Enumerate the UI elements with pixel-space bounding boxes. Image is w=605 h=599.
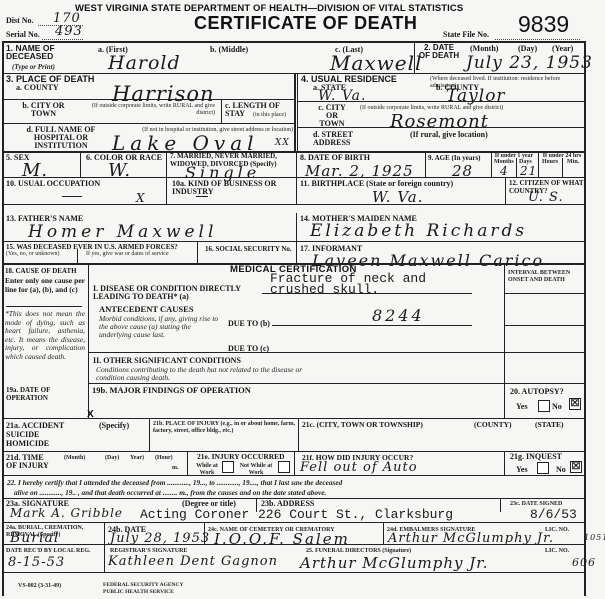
part-1-label: I. DISEASE OR CONDITION DIRECTLY LEADING…: [93, 285, 263, 301]
place-of-death-label: 3. PLACE OF DEATH: [6, 75, 94, 83]
operation-findings-label: 19b. MAJOR FINDINGS OF OPERATION: [92, 386, 251, 394]
months-value: 4: [500, 164, 509, 178]
autopsy-no-checkbox[interactable]: ☒: [569, 398, 581, 410]
rule: [2, 475, 585, 476]
autopsy-label: 20. AUTOPSY?: [510, 388, 564, 396]
armed-forces-note-1: (Yes, no, or unknown): [6, 251, 60, 258]
rule: [2, 204, 585, 205]
state-file-line: [495, 39, 580, 40]
rule: [414, 41, 415, 73]
rule: [296, 177, 297, 204]
rule: [504, 451, 505, 475]
inquest-no-label: No: [556, 466, 566, 474]
director-lic-value: 606: [572, 556, 596, 569]
embalmer-lic-value: 1051: [584, 533, 605, 542]
length-of-stay-note: (in this place): [253, 112, 286, 119]
inquest-yes-label: Yes: [516, 466, 528, 474]
minutes-label: Min.: [567, 159, 579, 166]
while-at-work-checkbox[interactable]: [222, 461, 234, 473]
director-lic-label: LIC. NO.: [545, 548, 569, 555]
rule: [197, 241, 198, 263]
last-name-value: Maxwell: [330, 51, 422, 75]
form-number: VS-002 (3-31-49): [18, 583, 61, 590]
injury-m-label: m.: [172, 465, 179, 472]
autopsy-no-label: No: [552, 403, 562, 411]
injury-specify-label: (Specify): [99, 422, 129, 430]
injury-hour-label: (Hour): [155, 455, 173, 462]
business-dash: [196, 196, 208, 197]
date-received-value: 8-15-53: [8, 555, 65, 570]
birthplace-label: 11. BIRTHPLACE (State or foreign country…: [300, 180, 453, 188]
registrar-value: Kathleen Dent Gagnon: [108, 554, 278, 569]
rule: [272, 325, 472, 326]
inquest-yes-checkbox[interactable]: [537, 462, 549, 474]
due-to-b-label: DUE TO (b): [228, 320, 270, 328]
first-name-value: Harold: [108, 52, 181, 74]
rule: [2, 544, 585, 545]
hours-label: Hours: [542, 159, 558, 166]
rule: [2, 241, 585, 242]
middle-name-label: b. (Middle): [210, 46, 248, 54]
cause-instructions: Enter only one cause per line for (a), (…: [5, 276, 85, 294]
address-value: 226 Court St., Clarksburg: [258, 507, 453, 522]
rule: [505, 177, 506, 204]
injury-time-label: 21d. TIME OF INJURY: [6, 454, 54, 470]
pod-city-label: b. CITY OR TOWN: [16, 102, 71, 118]
injury-place-label: 21b. PLACE OF INJURY (e.g., in or about …: [153, 421, 298, 434]
rule: [297, 127, 585, 128]
injury-city-label: 21c. (CITY, TOWN OR TOWNSHIP): [302, 421, 423, 429]
name-label: 1. NAME OF DECEASED: [6, 44, 70, 60]
injury-day-label: (Day): [105, 455, 119, 462]
signature-value: Mark A. Gribble: [10, 506, 123, 520]
rule: [2, 123, 295, 124]
rule: [2, 99, 295, 100]
rule: [297, 101, 585, 102]
injury-state-label: (STATE): [535, 421, 563, 429]
pod-city-note: (If outside corporate limits, write RURA…: [75, 103, 215, 116]
certification-line-1: 22. I hereby certify that I attended the…: [7, 479, 342, 487]
mother-value: Elizabeth Richards: [310, 221, 527, 241]
rule: [296, 213, 297, 263]
rule: [104, 522, 105, 572]
injury-occurred-label: 21e. INJURY OCCURRED: [197, 453, 285, 461]
inquest-label: 21g. INQUEST: [510, 453, 562, 461]
business-label: 10a. KIND OF BUSINESS OR INDUSTRY: [172, 180, 292, 196]
hospital-label: d. FULL NAME OF HOSPITAL OR INSTITUTION: [16, 126, 106, 150]
dod-year-label: (Year): [552, 45, 573, 53]
state-file-no: 9839: [518, 11, 569, 38]
rule: [562, 158, 563, 177]
dod-day-label: (Day): [518, 45, 537, 53]
injury-type-label: 21a. ACCIDENT SUICIDE HOMICIDE: [6, 421, 68, 448]
armed-forces-label: 15. WAS DECEASED EVER IN U.S. ARMED FORC…: [6, 243, 178, 251]
rule: [298, 418, 299, 451]
ssn-label: 16. SOCIAL SECURITY No.: [205, 245, 293, 253]
degree-value: Acting Coroner: [140, 507, 249, 522]
rule: [425, 151, 426, 177]
inquest-no-checkbox[interactable]: ☒: [570, 461, 582, 473]
rule: [204, 522, 205, 544]
rule: [88, 263, 89, 418]
rule: [262, 293, 472, 294]
injury-type-mark: X: [87, 409, 94, 420]
date-of-death-label: 2. DATE OF DEATH: [418, 44, 460, 60]
not-while-at-work-checkbox[interactable]: [278, 461, 290, 473]
rule: [504, 263, 505, 383]
funeral-director-value: Arthur McGlumphy Jr.: [300, 554, 489, 572]
hospital-mark: XX: [275, 138, 290, 148]
autopsy-yes-label: Yes: [516, 403, 528, 411]
footer-agency-1: FEDERAL SECURITY AGENCY: [103, 582, 183, 589]
injury-month-label: (Month): [64, 455, 85, 462]
rule: [6, 306, 82, 307]
rule: [296, 151, 297, 177]
days-value: 21: [520, 164, 537, 178]
rule: [2, 522, 585, 523]
father-value: Homer Maxwell: [28, 222, 217, 242]
res-city-value: Rosemont: [390, 111, 489, 132]
dod-month-label: (Month): [470, 45, 498, 53]
injury-county-label: (COUNTY): [474, 421, 512, 429]
death-certificate: WEST VIRGINIA STATE DEPARTMENT OF HEALTH…: [0, 0, 605, 599]
armed-forces-note-2: If yes, give war or dates of service: [86, 251, 169, 258]
autopsy-yes-checkbox[interactable]: [538, 400, 550, 412]
rule: [294, 451, 295, 475]
rule: [504, 383, 505, 418]
occupation-value: X: [136, 191, 146, 205]
serial-no-value: 493: [55, 24, 83, 39]
part-2-note: Conditions contributing to the death but…: [96, 366, 306, 382]
cause-b-value: 8244: [372, 306, 425, 325]
rule: [383, 522, 384, 544]
antecedent-note: Morbid conditions, if any, giving rise t…: [99, 315, 224, 339]
rule: [584, 41, 586, 596]
cause-a-value: Fracture of neck and crushed skull.: [270, 273, 475, 295]
pod-county-label: a. COUNTY: [16, 84, 59, 92]
res-county-value: Taylor: [446, 86, 506, 106]
date-received-label: DATE REC'D BY LOCAL REG.: [6, 548, 101, 555]
rule: [221, 99, 222, 123]
rule: [2, 41, 4, 596]
operation-date-label: 19a. DATE OF OPERATION: [6, 386, 66, 402]
injury-year-label: Year): [130, 455, 144, 462]
dist-no-label: Dist No.: [6, 17, 34, 25]
rule: [80, 151, 81, 177]
date-of-death-value: July 23, 1953: [466, 53, 593, 73]
rule: [256, 498, 257, 512]
state-file-no-label: State File No.: [443, 31, 489, 39]
cause-note: *This does not mean the mode of dying, s…: [5, 310, 85, 361]
res-street-label: d. STREET ADDRESS: [313, 131, 363, 147]
res-city-label: c. CITY OR TOWN: [313, 104, 351, 128]
rule: [504, 325, 584, 326]
rule: [516, 158, 517, 177]
cause-of-death-label: 18. CAUSE OF DEATH: [5, 267, 87, 275]
certification-line-2: alive on ............, 19.. , and that d…: [14, 489, 326, 497]
residence-label: 4. USUAL RESIDENCE: [301, 75, 397, 83]
rule: [88, 383, 585, 384]
rule: [2, 572, 585, 573]
date-signed-value: 8/6/53: [530, 507, 577, 522]
interval-label: INTERVAL BETWEEN ONSET AND DEATH: [508, 270, 583, 283]
res-street-note: (If rural, give location): [410, 131, 488, 139]
rule: [294, 73, 296, 151]
rule: [77, 249, 78, 263]
footer-agency-2: PUBLIC HEALTH SERVICE: [103, 589, 174, 596]
rule: [504, 352, 584, 353]
serial-no-label: Serial No.: [6, 31, 40, 39]
dob-label: 8. DATE OF BIRTH: [300, 154, 370, 162]
injury-how-value: Fell out of Auto: [300, 460, 418, 475]
cemetery-value: I.O.O.F. Salem: [214, 530, 350, 548]
occupation-dash: [62, 196, 82, 197]
rule: [187, 451, 188, 475]
rule: [166, 177, 167, 204]
rule: [297, 73, 298, 151]
occupation-label: 10. USUAL OCCUPATION: [6, 180, 100, 188]
name-sublabel: (Type or Print): [12, 63, 55, 71]
antecedent-label: ANTECEDENT CAUSES: [99, 305, 194, 313]
rule: [2, 177, 585, 178]
certificate-title: CERTIFICATE OF DEATH: [194, 13, 417, 34]
rule: [500, 498, 501, 512]
age-label: 9. AGE (In years): [428, 154, 481, 162]
rule: [166, 151, 167, 177]
rule: [149, 418, 150, 451]
rule: [504, 293, 584, 294]
citizen-value: U. S.: [528, 190, 564, 205]
rule: [2, 41, 585, 43]
part-2-label: II. OTHER SIGNIFICANT CONDITIONS: [93, 357, 241, 365]
serial-no-line: [42, 39, 83, 40]
